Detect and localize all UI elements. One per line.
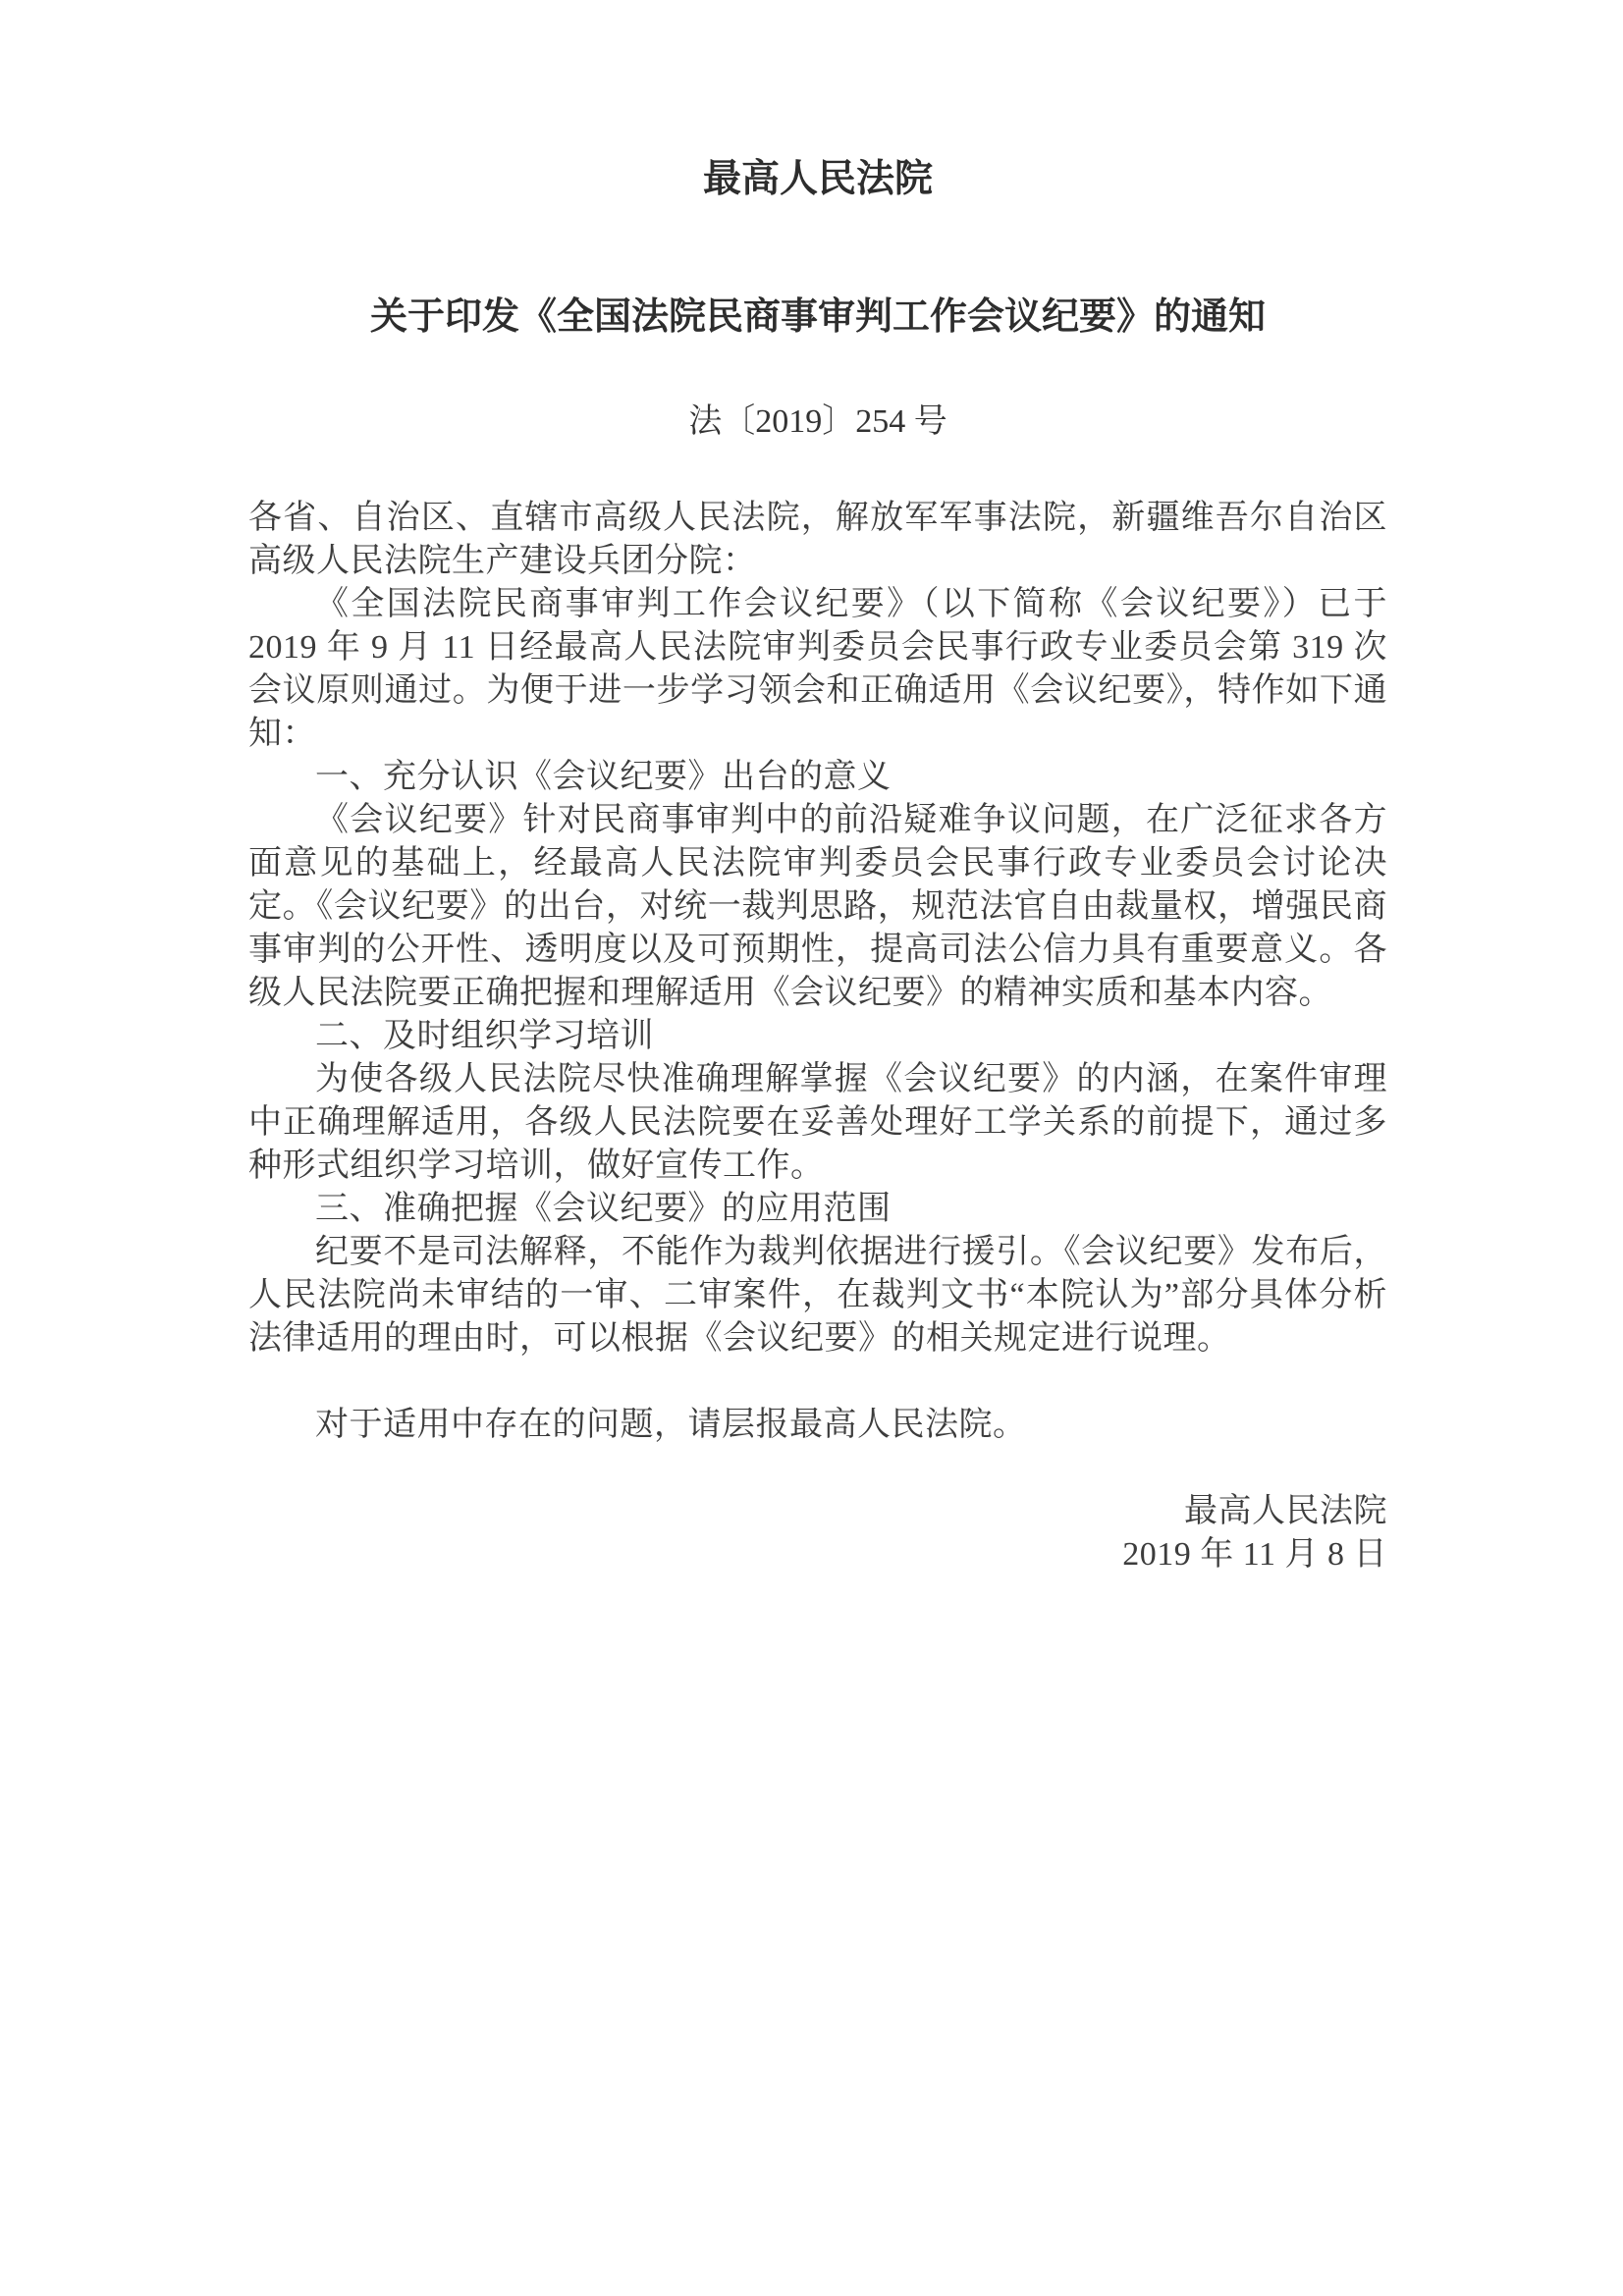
body-paragraph-section-1: 《会议纪要》针对民商事审判中的前沿疑难争议问题，在广泛征求各方面意见的基础上，经… — [248, 799, 1387, 1015]
signature-issuer: 最高人民法院 — [248, 1490, 1387, 1533]
salutation-paragraph: 各省、自治区、直辖市高级人民法院，解放军军事法院，新疆维吾尔自治区高级人民法院生… — [248, 497, 1387, 583]
signature-date: 2019 年 11 月 8 日 — [248, 1533, 1387, 1576]
signature-block: 最高人民法院 2019 年 11 月 8 日 — [248, 1490, 1387, 1576]
document-page: 最高人民法院 关于印发《全国法院民商事审判工作会议纪要》的通知 法〔2019〕2… — [0, 0, 1623, 2296]
body-paragraph-section-3: 纪要不是司法解释，不能作为裁判依据进行援引。《会议纪要》发布后，人民法院尚未审结… — [248, 1231, 1387, 1361]
section-heading-2: 二、及时组织学习培训 — [248, 1015, 1387, 1058]
closing-paragraph: 对于适用中存在的问题，请层报最高人民法院。 — [248, 1404, 1387, 1447]
document-number: 法〔2019〕254 号 — [248, 400, 1387, 444]
section-heading-1: 一、充分认识《会议纪要》出台的意义 — [248, 756, 1387, 799]
body-paragraph-section-2: 为使各级人民法院尽快准确理解掌握《会议纪要》的内涵，在案件审理中正确理解适用，各… — [248, 1058, 1387, 1188]
body-paragraph-intro: 《全国法院民商事审判工作会议纪要》（以下简称《会议纪要》）已于 2019 年 9… — [248, 583, 1387, 756]
section-heading-3: 三、准确把握《会议纪要》的应用范围 — [248, 1188, 1387, 1231]
document-subtitle: 关于印发《全国法院民商事审判工作会议纪要》的通知 — [248, 294, 1387, 341]
document-body: 各省、自治区、直辖市高级人民法院，解放军军事法院，新疆维吾尔自治区高级人民法院生… — [248, 497, 1387, 1576]
document-title: 最高人民法院 — [248, 157, 1387, 201]
